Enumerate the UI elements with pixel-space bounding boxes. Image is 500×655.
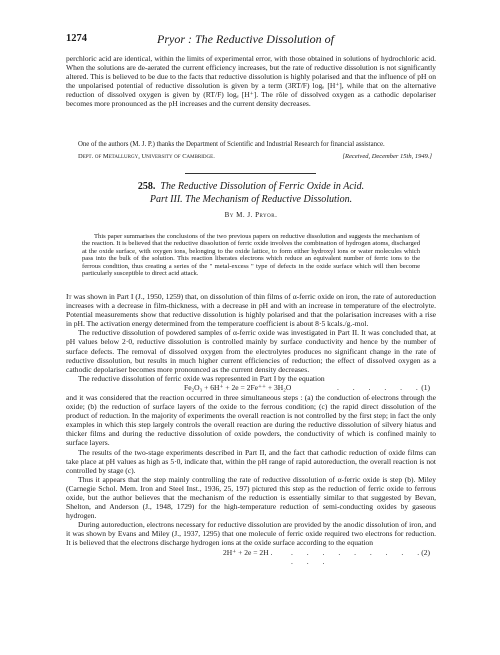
previous-article-continuation: perchloric acid are identical, within th… bbox=[66, 54, 436, 109]
paragraph: perchloric acid are identical, within th… bbox=[66, 54, 436, 109]
paragraph-5: The results of the two-stage experiments… bbox=[66, 448, 436, 475]
page-number: 1274 bbox=[66, 33, 87, 44]
department: Dept. of Metallurgy, University of Cambr… bbox=[78, 153, 215, 160]
article-body: It was shown in Part I (J., 1950, 1259) … bbox=[66, 292, 436, 558]
affiliation-line: Dept. of Metallurgy, University of Cambr… bbox=[78, 153, 436, 160]
paragraph-4: and it was considered that the reaction … bbox=[66, 393, 436, 448]
paragraph-2: The reductive dissolution of powdered sa… bbox=[66, 328, 436, 373]
paragraph-1: It was shown in Part I (J., 1950, 1259) … bbox=[66, 292, 436, 328]
article-title: 258. The Reductive Dissolution of Ferric… bbox=[66, 180, 436, 206]
paragraph-3: The reductive dissolution of ferric oxid… bbox=[66, 374, 436, 383]
paragraph-6: Thus it appears that the step mainly con… bbox=[66, 475, 436, 520]
received-date: [Received, December 15th, 1949.] bbox=[342, 153, 432, 160]
acknowledgement: One of the authors (M. J. P.) thanks the… bbox=[66, 141, 436, 149]
paragraph-7: During autoreduction, electrons necessar… bbox=[66, 520, 436, 547]
title-line-1: The Reductive Dissolution of Ferric Oxid… bbox=[160, 181, 364, 192]
page-header: 1274 Pryor : The Reductive Dissolution o… bbox=[66, 33, 436, 47]
paragraph-text: was shown in Part I (J., 1950, 1259) tha… bbox=[66, 292, 436, 328]
equation-2: 2H⁺ + 2e = 2H . . . . . . . . . . . . . … bbox=[66, 548, 436, 558]
leader-dots: . . . . . . . . . . . . bbox=[291, 548, 436, 566]
equation-2-expression: 2H⁺ + 2e = 2H . bbox=[223, 548, 272, 557]
equation-2-number: (2) bbox=[421, 548, 430, 557]
title-line-2: Part III. The Mechanism of Reductive Dis… bbox=[66, 193, 436, 206]
equation-1-number: (1) bbox=[421, 383, 430, 392]
byline: By M. J. Pryor. bbox=[66, 211, 436, 219]
equation-1: Fe₂O₃ + 6H⁺ + 2e = 2Fe⁺⁺ + 3H₂O . . . . … bbox=[66, 383, 436, 393]
section-divider bbox=[185, 173, 316, 174]
equation-1-expression: Fe₂O₃ + 6H⁺ + 2e = 2Fe⁺⁺ + 3H₂O bbox=[184, 383, 291, 392]
running-title: Pryor : The Reductive Dissolution of bbox=[157, 32, 334, 47]
article-number: 258. bbox=[138, 181, 156, 192]
abstract: This paper summarises the conclusions of… bbox=[82, 233, 420, 278]
